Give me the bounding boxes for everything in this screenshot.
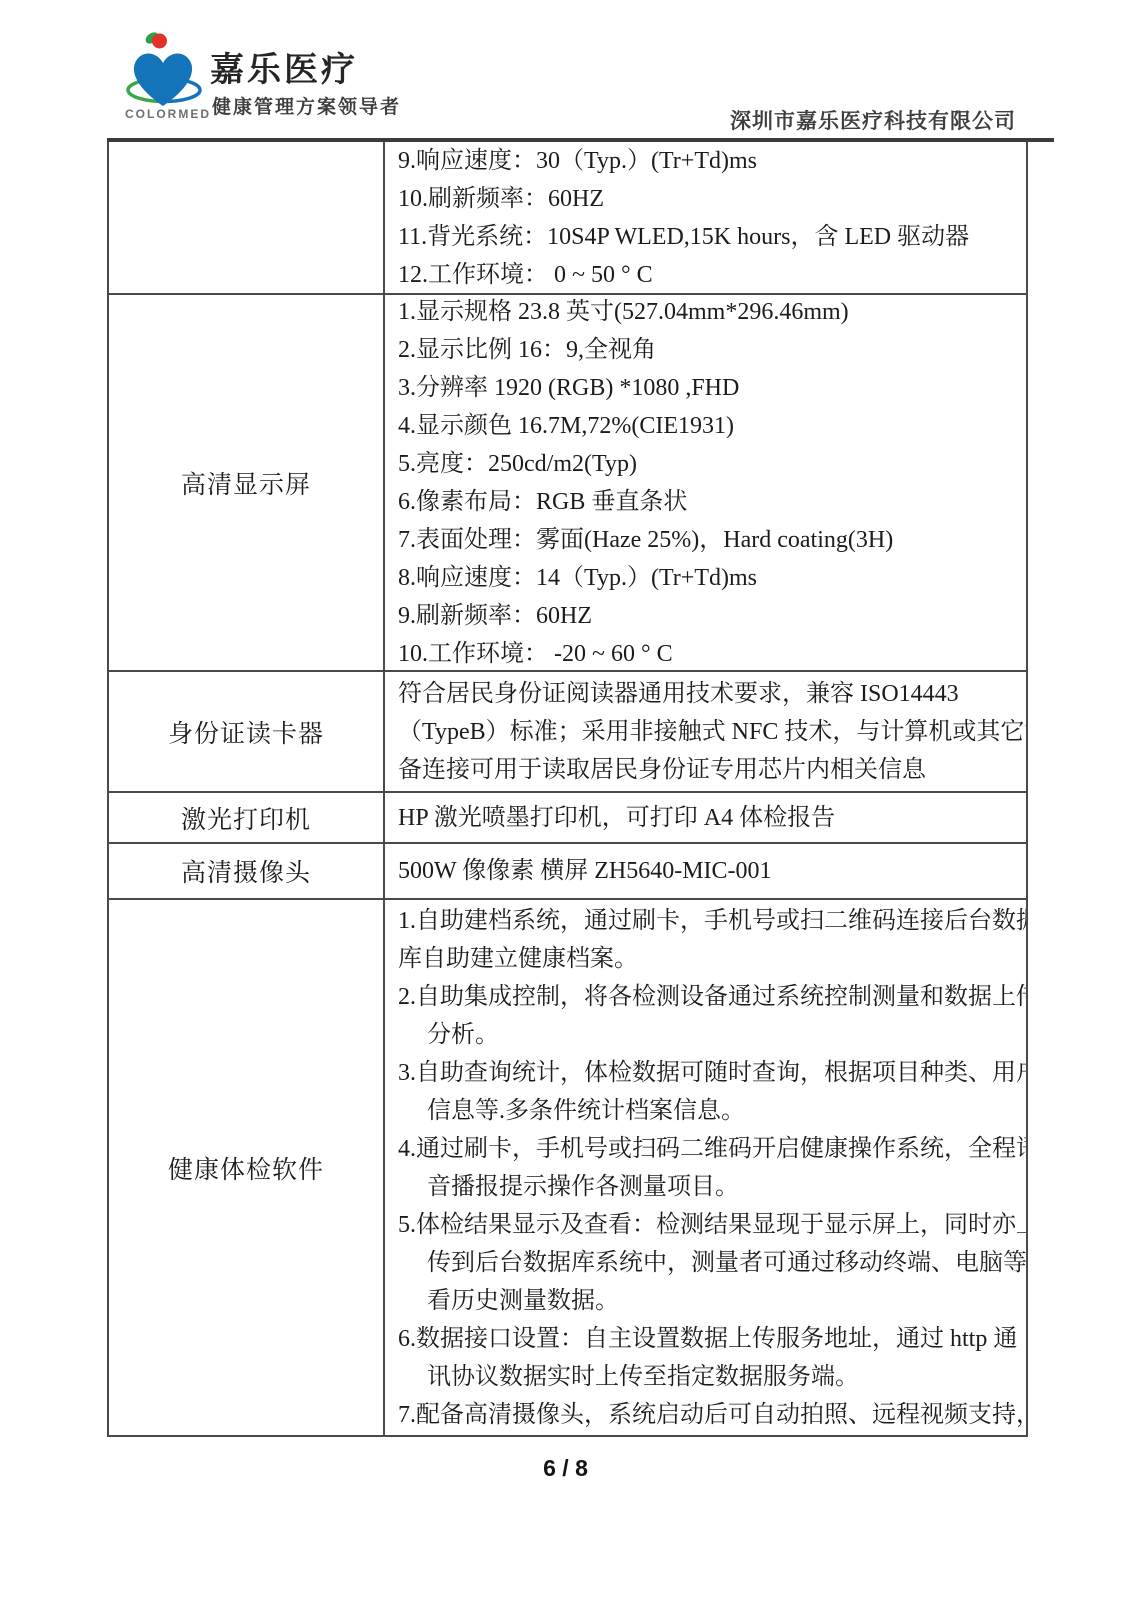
spec-line: 4.通过刷卡，手机号或扫码二维码开启健康操作系统，全程语	[398, 1130, 1026, 1168]
spec-line: 4.显示颜色 16.7M,72%(CIE1931)	[398, 407, 1026, 445]
spec-line: 8.响应速度：14（Typ.）(Tr+Td)ms	[398, 559, 1026, 597]
brand-slogan: 健康管理方案领导者	[212, 92, 401, 119]
spec-line: 5.亮度：250cd/m2(Typ)	[398, 445, 1026, 483]
row-content: 1.自助建档系统，通过刷卡，手机号或扫二维码连接后台数据 库自助建立健康档案。 …	[385, 900, 1026, 1435]
spec-line: 备连接可用于读取居民身份证专用芯片内相关信息	[398, 751, 1026, 789]
spec-line: 12.工作环境： 0 ~ 50 ° C	[398, 256, 1026, 294]
document-page: COLORMED 嘉乐医疗 健康管理方案领导者 深圳市嘉乐医疗科技有限公司 9.…	[0, 0, 1131, 1600]
spec-line: 音播报提示操作各测量项目。	[398, 1168, 1026, 1206]
spec-line: 500W 像像素 横屏 ZH5640-MIC-001	[398, 852, 1026, 890]
spec-line: 1.显示规格 23.8 英寸(527.04mm*296.46mm)	[398, 295, 1026, 331]
row-label: 高清显示屏	[109, 295, 385, 670]
spec-line: 7.表面处理：雾面(Haze 25%)，Hard coating(3H)	[398, 521, 1026, 559]
table-row: 高清摄像头 500W 像像素 横屏 ZH5640-MIC-001	[109, 844, 1026, 900]
spec-line: 9.刷新频率：60HZ	[398, 597, 1026, 635]
row-label	[109, 142, 385, 293]
spec-line: 符合居民身份证阅读器通用技术要求，兼容 ISO14443	[398, 675, 1026, 713]
spec-line: 库自助建立健康档案。	[398, 940, 1026, 978]
row-label: 激光打印机	[109, 793, 385, 842]
row-content: 500W 像像素 横屏 ZH5640-MIC-001	[385, 844, 1026, 898]
table-row: 激光打印机 HP 激光喷墨打印机，可打印 A4 体检报告	[109, 793, 1026, 844]
spec-line: 传到后台数据库系统中，测量者可通过移动终端、电脑等查	[398, 1244, 1026, 1282]
row-content: 1.显示规格 23.8 英寸(527.04mm*296.46mm) 2.显示比例…	[385, 295, 1026, 670]
table-row: 9.响应速度：30（Typ.）(Tr+Td)ms 10.刷新频率：60HZ 11…	[109, 142, 1026, 295]
page-number: 6 / 8	[0, 1455, 1131, 1482]
spec-table: 9.响应速度：30（Typ.）(Tr+Td)ms 10.刷新频率：60HZ 11…	[107, 142, 1028, 1437]
row-content: 9.响应速度：30（Typ.）(Tr+Td)ms 10.刷新频率：60HZ 11…	[385, 142, 1026, 293]
company-name: 深圳市嘉乐医疗科技有限公司	[730, 105, 1016, 135]
spec-line: （TypeB）标准；采用非接触式 NFC 技术，与计算机或其它设	[398, 713, 1026, 751]
spec-line: 看历史测量数据。	[398, 1282, 1026, 1320]
spec-line: 6.数据接口设置：自主设置数据上传服务地址，通过 http 通	[398, 1320, 1026, 1358]
spec-line: 9.响应速度：30（Typ.）(Tr+Td)ms	[398, 142, 1026, 180]
table-row: 身份证读卡器 符合居民身份证阅读器通用技术要求，兼容 ISO14443 （Typ…	[109, 672, 1026, 793]
spec-line: 10.刷新频率：60HZ	[398, 180, 1026, 218]
spec-line: 3.自助查询统计，体检数据可随时查询，根据项目种类、用户	[398, 1054, 1026, 1092]
spec-line: 讯协议数据实时上传至指定数据服务端。	[398, 1358, 1026, 1396]
row-label: 身份证读卡器	[109, 672, 385, 791]
spec-line: 6.像素布局：RGB 垂直条状	[398, 483, 1026, 521]
spec-line: 2.显示比例 16：9,全视角	[398, 331, 1026, 369]
spec-line: 1.自助建档系统，通过刷卡，手机号或扫二维码连接后台数据	[398, 902, 1026, 940]
spec-line: HP 激光喷墨打印机，可打印 A4 体检报告	[398, 799, 1026, 837]
spec-line: 信息等.多条件统计档案信息。	[398, 1092, 1026, 1130]
colormed-logo	[126, 30, 208, 106]
row-content: HP 激光喷墨打印机，可打印 A4 体检报告	[385, 793, 1026, 842]
spec-line: 3.分辨率 1920 (RGB) *1080 ,FHD	[398, 369, 1026, 407]
row-label: 高清摄像头	[109, 844, 385, 898]
spec-line: 分析。	[398, 1016, 1026, 1054]
table-row: 健康体检软件 1.自助建档系统，通过刷卡，手机号或扫二维码连接后台数据 库自助建…	[109, 900, 1026, 1435]
spec-line: 5.体检结果显示及查看：检测结果显现于显示屏上，同时亦上	[398, 1206, 1026, 1244]
row-label: 健康体检软件	[109, 900, 385, 1435]
brand-name: 嘉乐医疗	[210, 42, 358, 91]
spec-line: 7.配备高清摄像头，系统启动后可自动拍照、远程视频支持，	[398, 1396, 1026, 1434]
logo-apple-icon	[152, 34, 167, 49]
spec-line: 2.自助集成控制，将各检测设备通过系统控制测量和数据上传	[398, 978, 1026, 1016]
table-row: 高清显示屏 1.显示规格 23.8 英寸(527.04mm*296.46mm) …	[109, 295, 1026, 672]
row-content: 符合居民身份证阅读器通用技术要求，兼容 ISO14443 （TypeB）标准；采…	[385, 672, 1026, 791]
spec-line: 11.背光系统：10S4P WLED,15K hours，含 LED 驱动器	[398, 218, 1026, 256]
spec-line: 10.工作环境： -20 ~ 60 ° C	[398, 635, 1026, 673]
logo-wordmark: COLORMED	[122, 107, 214, 121]
